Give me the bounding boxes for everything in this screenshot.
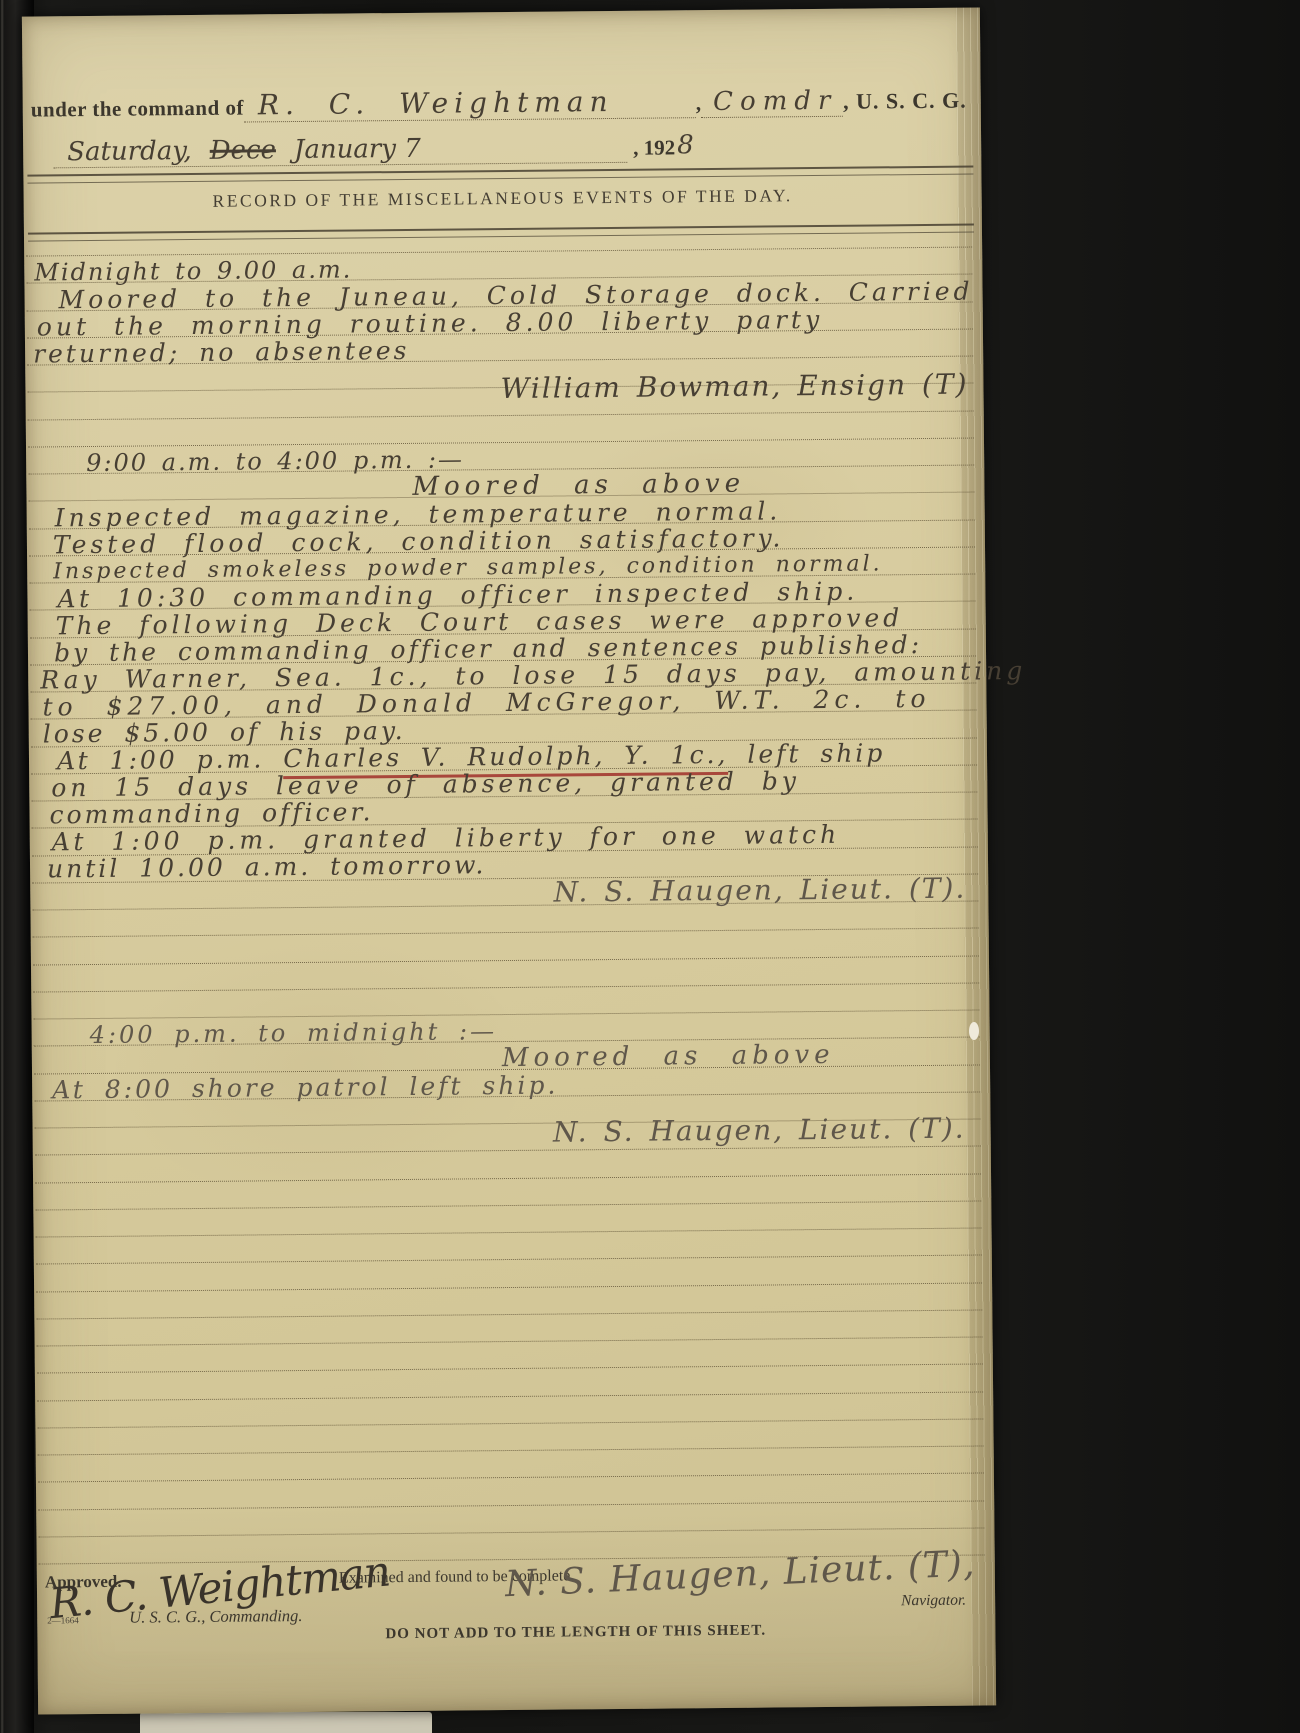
double-rule-bottom <box>28 224 974 242</box>
ruled-line <box>36 1227 982 1237</box>
date-handwritten: January 7 <box>294 134 421 165</box>
ruled-line <box>26 247 972 257</box>
length-warning-label: DO NOT ADD TO THE LENGTH OF THIS SHEET. <box>385 1623 766 1644</box>
ruled-line <box>33 955 979 965</box>
ruled-line <box>38 1500 984 1510</box>
ruled-line <box>33 928 979 938</box>
ruled-line <box>38 1527 984 1537</box>
ruled-line <box>33 1009 979 1019</box>
double-rule-top <box>27 166 973 184</box>
ruled-line <box>37 1364 983 1374</box>
year-printed-label: , 192 <box>627 135 677 162</box>
day-handwritten: Saturday, <box>67 136 192 167</box>
ruled-line <box>35 1200 981 1210</box>
command-prefix-label: under the command of <box>31 96 244 125</box>
commander-name-handwritten: R. C. Weightman <box>244 84 696 122</box>
section-title: RECORD OF THE MISCELLANEOUS EVENTS OF TH… <box>24 183 982 213</box>
log-sheet-page: under the command of R. C. Weightman , C… <box>22 7 996 1714</box>
date-fill: Saturday, Dece January 7 <box>53 132 627 169</box>
watch2-heading: 9:00 a.m. to 4:00 p.m. :— <box>86 445 464 477</box>
watch1-heading: Midnight to 9.00 a.m. <box>34 255 352 286</box>
ruled-line <box>37 1391 983 1401</box>
scanned-logbook-photo: under the command of R. C. Weightman , C… <box>0 0 1300 1733</box>
rank-handwritten: Comdr <box>701 86 843 118</box>
log-entry-line: on 15 days leave of absence, granted by <box>51 766 800 802</box>
command-line: under the command of R. C. Weightman , C… <box>31 82 967 125</box>
log-entry-line: returned; no absentees <box>33 336 410 369</box>
watch2-signature: N. S. Haugen, Lieut. (T). <box>554 872 967 909</box>
moored-as-above: Moored as above <box>502 1040 835 1073</box>
ruled-line <box>38 1445 984 1455</box>
service-label: , U. S. C. G. <box>843 88 967 117</box>
ruled-line <box>35 1146 981 1156</box>
ruled-line <box>28 410 974 420</box>
navigator-label: Navigator. <box>901 1592 966 1611</box>
ruled-line <box>37 1418 983 1428</box>
commanding-label: U. S. C. G., Commanding. <box>129 1606 302 1628</box>
watch3-signature: N. S. Haugen, Lieut. (T). <box>553 1112 966 1149</box>
ruled-line <box>38 1473 984 1483</box>
struck-month-handwritten: Dece <box>210 135 276 166</box>
ruled-line <box>36 1255 982 1265</box>
watch1-signature: William Bowman, Ensign (T) <box>500 368 968 405</box>
year-digit-handwritten: 8 <box>677 130 694 162</box>
log-entry-line: out the morning routine. 8.00 liberty pa… <box>37 305 824 342</box>
leave-suffix: left ship <box>728 738 885 769</box>
ruled-line <box>28 437 974 447</box>
ruled-line <box>36 1309 982 1319</box>
ruled-line <box>37 1336 983 1346</box>
date-line: Saturday, Dece January 7 , 192 8 <box>53 130 694 168</box>
ruled-line <box>35 1173 981 1183</box>
log-entry-line: At 8:00 shore patrol left ship. <box>52 1071 558 1105</box>
paper-edge-notch <box>969 1022 979 1040</box>
watch3-heading: 4:00 p.m. to midnight :— <box>90 1017 498 1049</box>
underlying-page-sliver <box>140 1712 432 1733</box>
log-entry-line: until 10.00 a.m. tomorrow. <box>47 850 487 883</box>
form-number: 2—1664 <box>47 1615 79 1625</box>
ruled-line <box>36 1282 982 1292</box>
ruled-line <box>33 982 979 992</box>
